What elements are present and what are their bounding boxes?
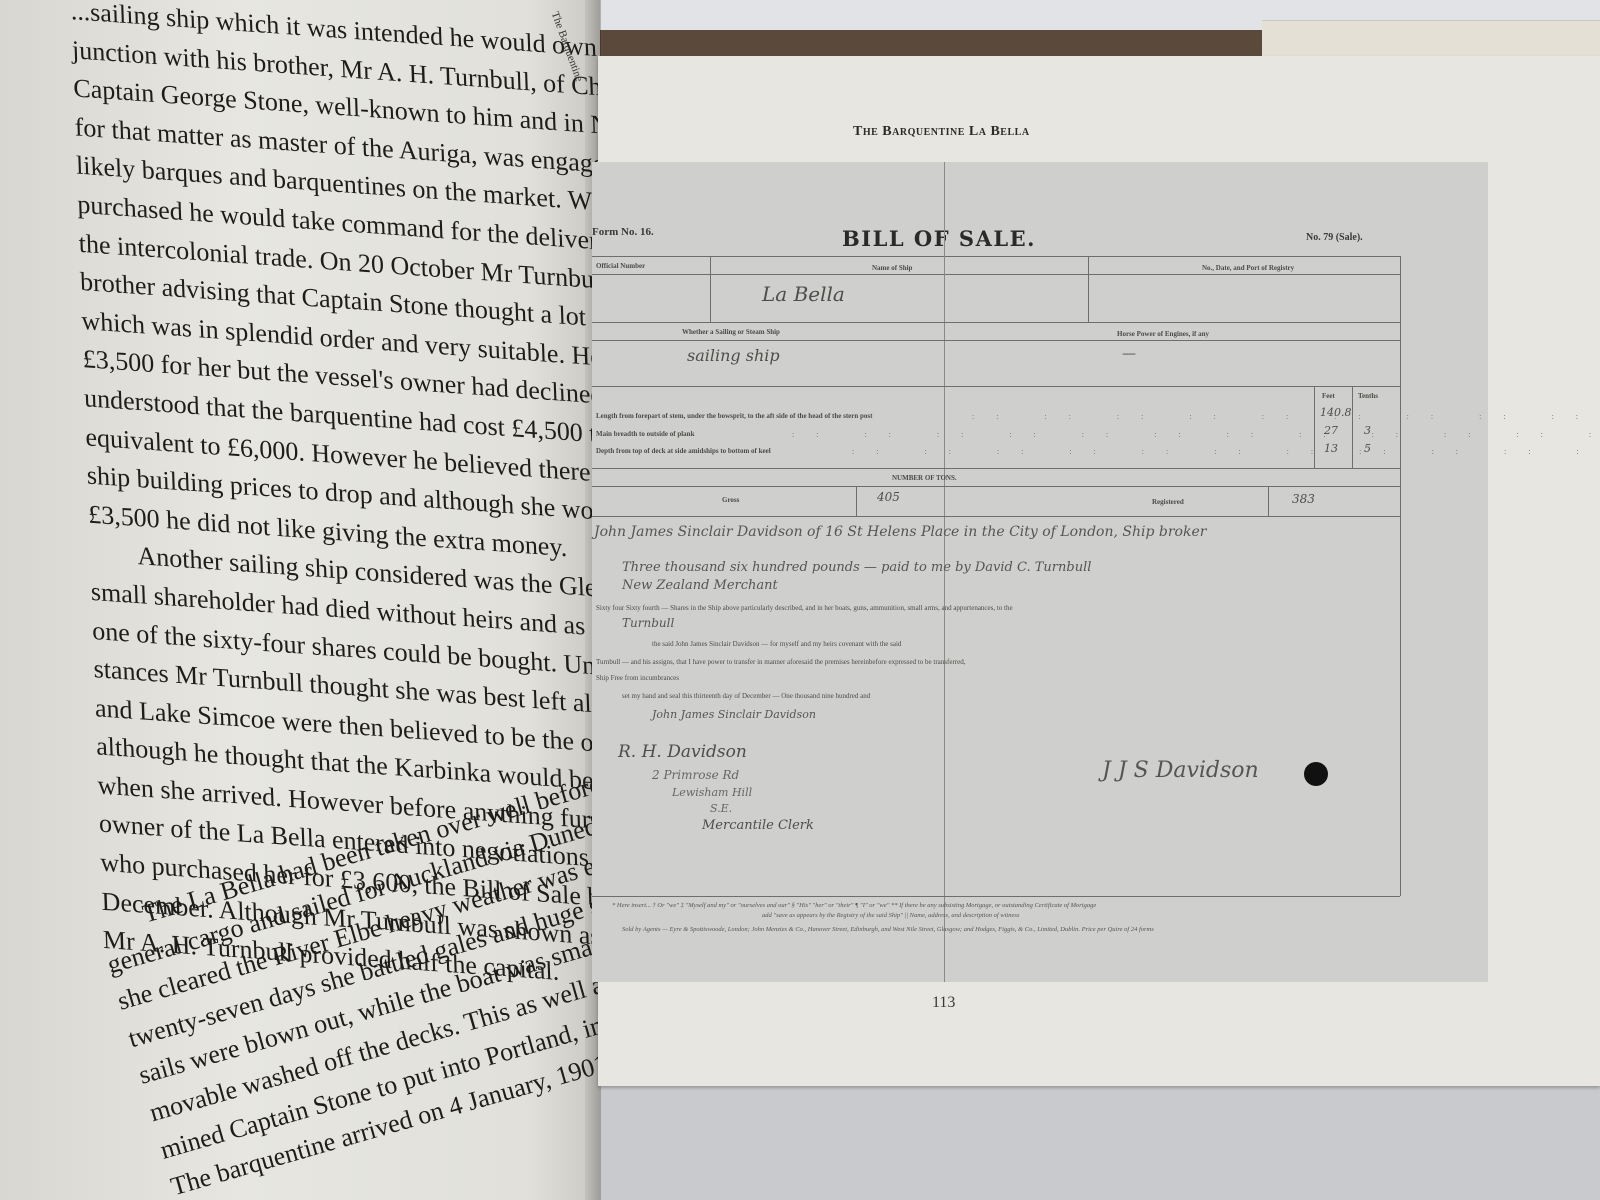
handwritten-line: Turnbull [622, 616, 674, 630]
breadth-label: Main breadth to outside of plank [596, 430, 694, 438]
printed-line: set my hand and seal this thirteenth day… [622, 692, 870, 700]
registry-label: No., Date, and Port of Registry [1202, 264, 1294, 272]
depth-feet: 13 [1324, 442, 1338, 455]
divider [592, 468, 1400, 469]
gross-tons-value: 405 [877, 490, 900, 504]
divider [592, 322, 1400, 323]
left-book-page: ...sailing ship which it was intended he… [0, 0, 600, 1200]
footnotes: * Here insert... † Or "we" ‡ "Myself and… [612, 902, 1096, 909]
page-number: 113 [932, 994, 955, 1012]
publisher-line: Sold by Agents — Eyre & Spottiswoode, Lo… [622, 926, 1154, 933]
table-surface [590, 1085, 1600, 1200]
running-head: The Barquentine La Bella [853, 124, 1030, 140]
divider [592, 340, 1400, 341]
depth-tenths: 5 [1364, 442, 1371, 455]
sailing-or-steam-value: sailing ship [687, 346, 780, 365]
footnotes-2: add "save as appears by the Registry of … [762, 912, 1019, 919]
sailing-or-steam-label: Whether a Sailing or Steam Ship [682, 328, 780, 336]
bill-of-sale-document: Form No. 16. BILL OF SALE. No. 79 (Sale)… [592, 162, 1488, 982]
leader-dots: :: :: :: :: :: :: :: :: :: :: :: :: :: :… [792, 430, 1600, 439]
depth-label: Depth from top of deck at side amidships… [596, 447, 771, 455]
printed-line: the said John James Sinclair Davidson — … [652, 640, 901, 648]
printed-line: Sixty four Sixty fourth — Shares in the … [596, 604, 1013, 612]
registered-tons-value: 383 [1292, 492, 1315, 506]
witness-address-1: 2 Primrose Rd [652, 768, 739, 782]
tenths-header: Tenths [1358, 392, 1378, 400]
seller-signature: J J S Davidson [1102, 758, 1259, 783]
witness-name: R. H. Davidson [618, 742, 747, 762]
leader-dots: :: :: :: :: :: :: :: :: :: :: :: :: :: :… [852, 447, 1600, 456]
divider [710, 256, 711, 322]
divider [592, 256, 1400, 257]
divider [856, 486, 857, 516]
horse-power-value: — [1122, 346, 1136, 362]
gross-label: Gross [722, 496, 739, 504]
document-title: BILL OF SALE. [842, 226, 1036, 251]
divider [1088, 256, 1089, 322]
tonnage-heading: NUMBER OF TONS. [892, 474, 957, 482]
registered-label: Registered [1152, 498, 1184, 506]
rear-page-edge [1262, 20, 1600, 61]
sale-number: No. 79 (Sale). [1306, 232, 1363, 243]
right-book-page: The Barquentine La Bella Form No. 16. BI… [598, 56, 1600, 1086]
witness-address-2: Lewisham Hill [672, 786, 752, 799]
witness-address-3: S.E. [710, 802, 732, 815]
handwritten-line: John James Sinclair Davidson [652, 708, 816, 721]
bill-of-sale-plate: Form No. 16. BILL OF SALE. No. 79 (Sale)… [592, 162, 1488, 982]
breadth-feet: 27 [1324, 424, 1338, 437]
divider [1400, 256, 1401, 896]
ship-name-value: La Bella [762, 282, 845, 306]
divider [1268, 486, 1269, 516]
breadth-tenths: 3 [1364, 424, 1371, 437]
seal-icon [1304, 762, 1328, 786]
handwritten-line: Three thousand six hundred pounds — paid… [622, 560, 1091, 575]
horse-power-label: Horse Power of Engines, if any [1117, 330, 1209, 338]
divider [592, 274, 1400, 275]
printed-line: Turnbull — and his assigns, that I have … [596, 658, 965, 666]
handwritten-line: John James Sinclair Davidson of 16 St He… [594, 524, 1206, 540]
length-feet: 140.8 [1320, 406, 1352, 419]
length-label: Length from forepart of stem, under the … [596, 412, 872, 420]
official-number-label: Official Number [596, 262, 645, 270]
leader-dots: :: :: :: :: :: :: :: :: :: :: :: :: [972, 412, 1600, 421]
form-number: Form No. 16. [592, 226, 654, 238]
printed-line: Ship Free from incumbrances [596, 674, 679, 682]
feet-header: Feet [1322, 392, 1335, 400]
witness-occupation: Mercantile Clerk [702, 818, 814, 833]
divider [592, 386, 1400, 387]
divider [592, 516, 1400, 517]
divider [592, 896, 1400, 897]
name-of-ship-label: Name of Ship [872, 264, 912, 272]
divider [592, 486, 1400, 487]
handwritten-line: New Zealand Merchant [622, 578, 778, 593]
